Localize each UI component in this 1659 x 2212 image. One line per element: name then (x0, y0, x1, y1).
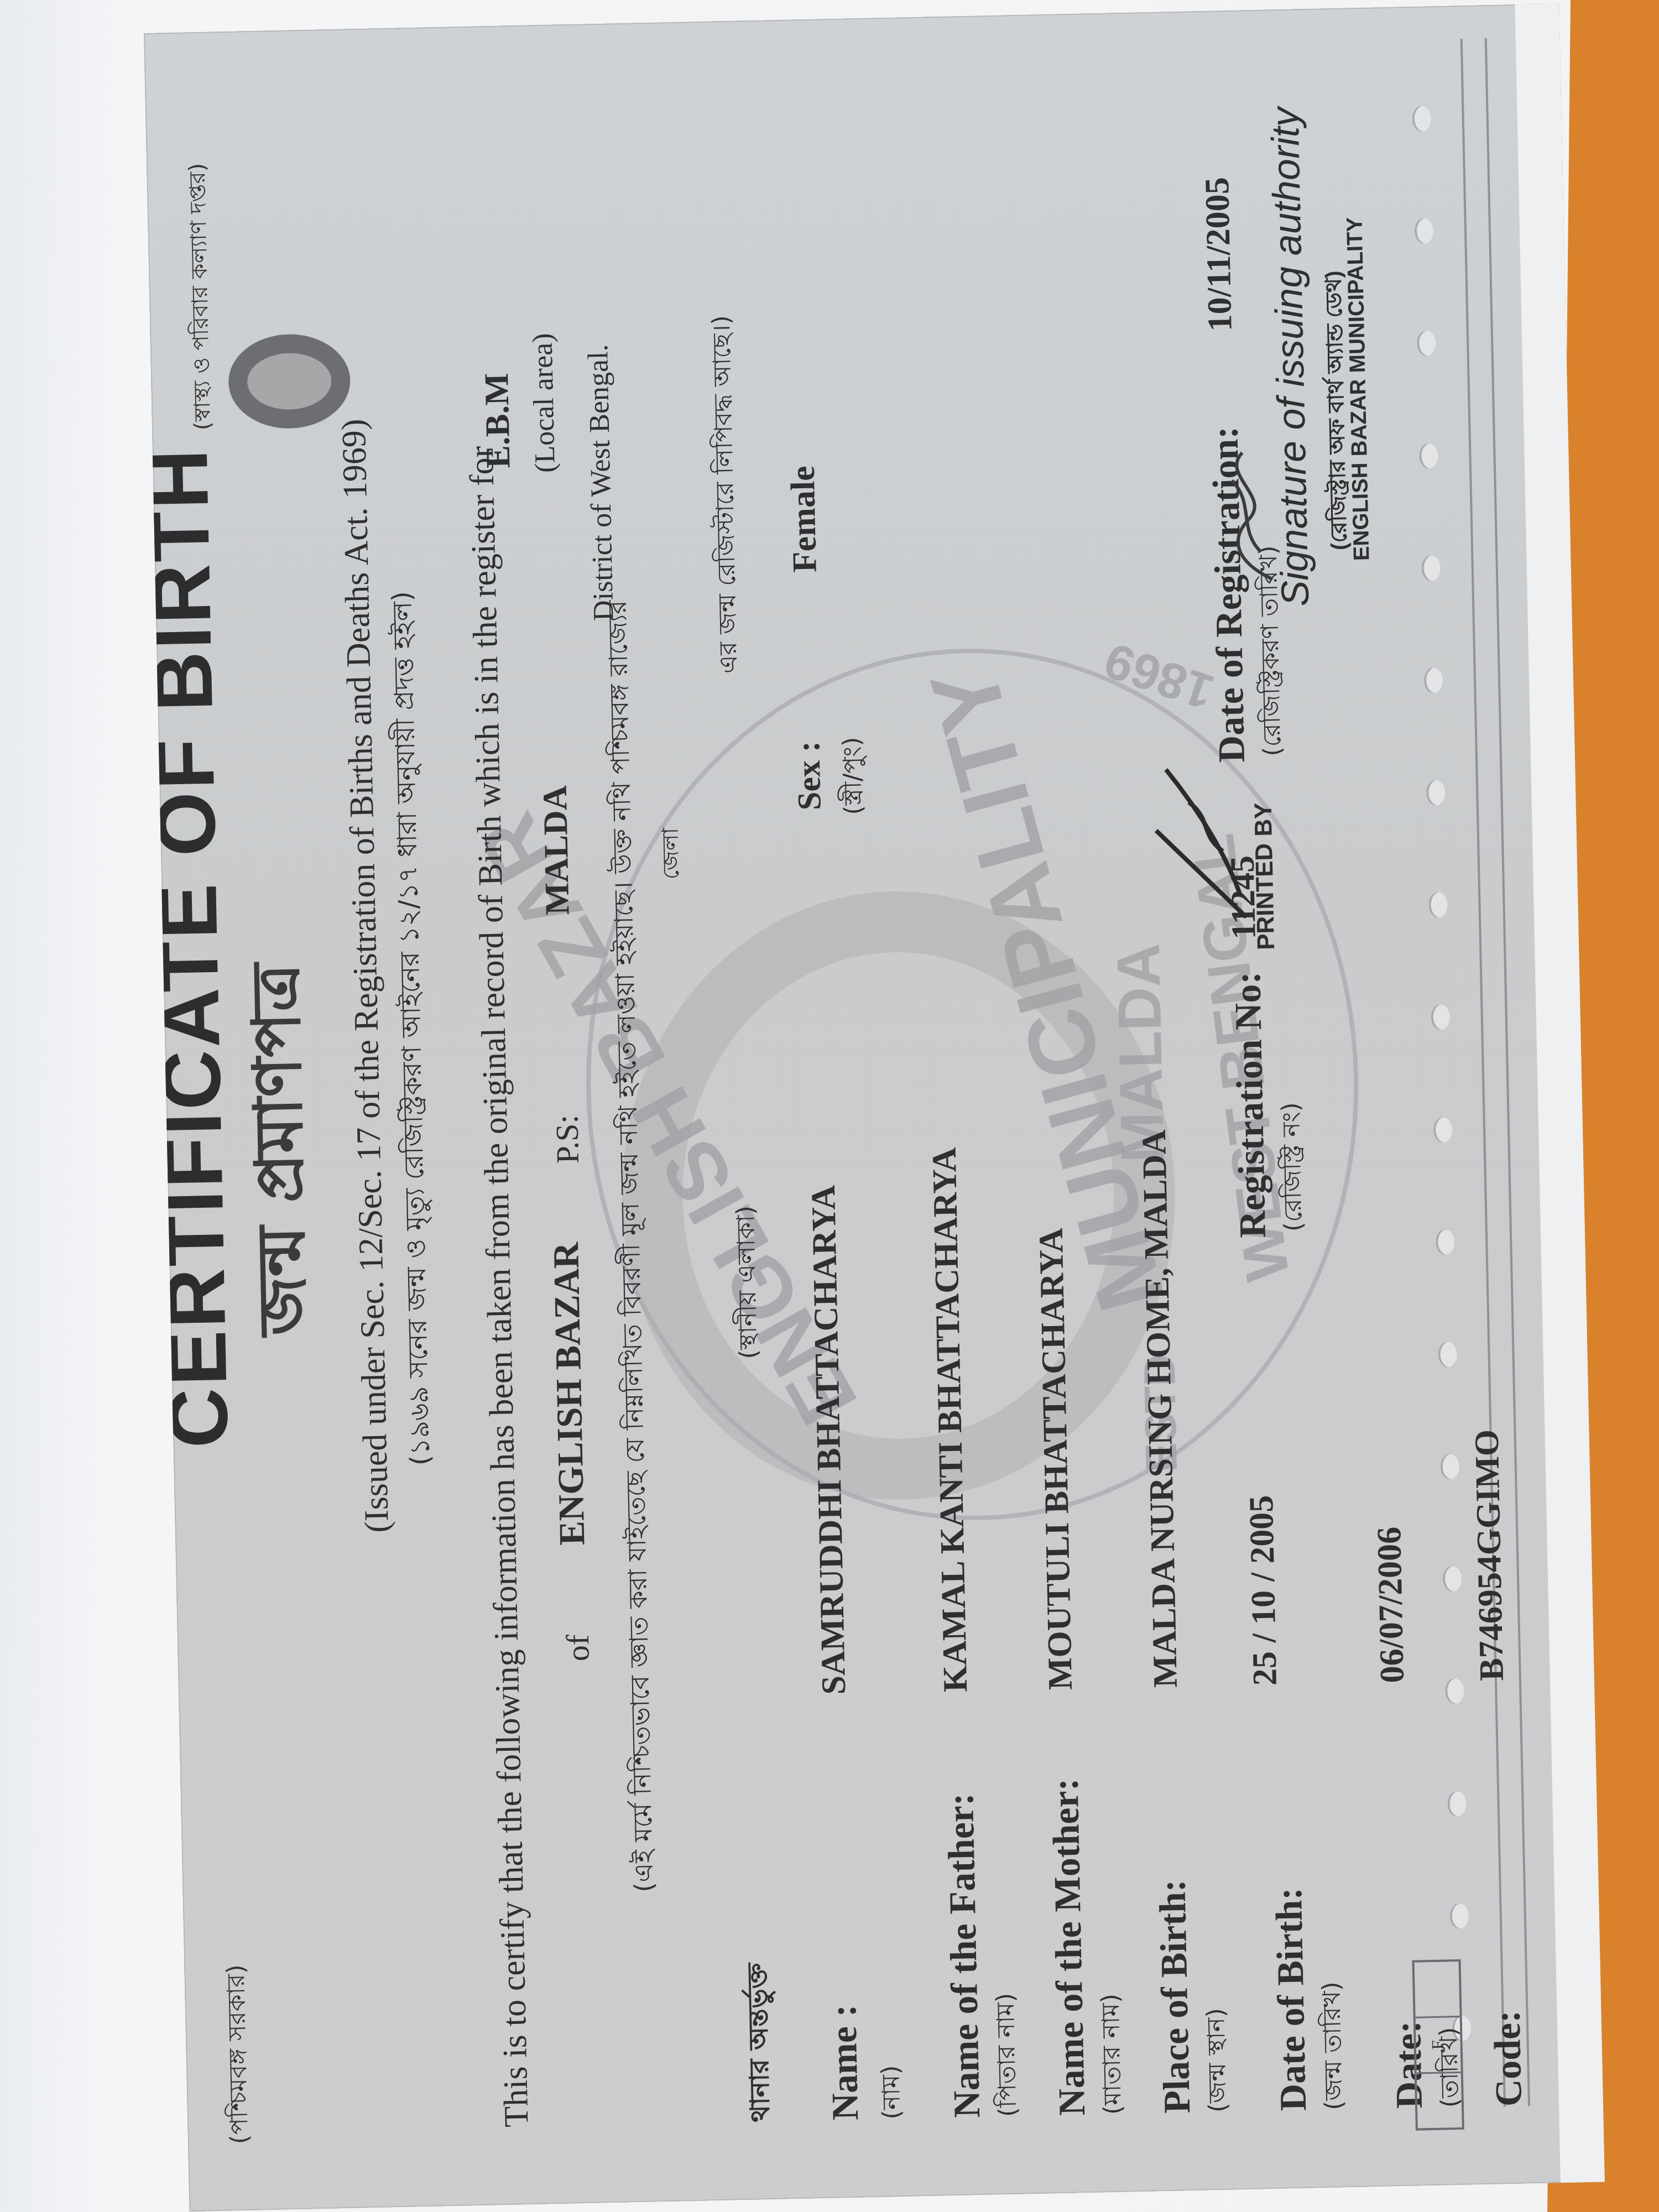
of-label: of (559, 1634, 597, 1662)
counter-cell (1415, 1961, 1460, 2017)
date-of-birth-label: Date of Birth: (1267, 1887, 1315, 2111)
police-station-label: P.S: (548, 1114, 586, 1164)
place-of-birth-label: Place of Birth: (1150, 1879, 1199, 2114)
sex-label: Sex : (789, 740, 829, 810)
mother-name-label-bengali: (মাতার নাম) (1092, 1993, 1135, 2115)
registration-no-label: Registration No: (1225, 971, 1275, 1238)
date-of-registration-value: 10/11/2005 (1198, 177, 1240, 332)
father-name-label: Name of the Father: (938, 1793, 989, 2119)
local-area-label: (Local area) (526, 333, 562, 473)
register-for-value: E.B.M (477, 373, 519, 469)
local-area-label-bengali: (স্থানীয় এলাকা) (727, 1205, 771, 1359)
sex-value: Female (784, 466, 825, 573)
counter-cell (1417, 2072, 1462, 2128)
sex-label-bengali: (স্ত্রী/পুং) (833, 737, 875, 815)
government-label: (পশ্চিমবঙ্গ সরকার) (217, 1964, 262, 2145)
state-emblem-icon (227, 333, 351, 430)
certify-statement: This is to certify that the following in… (462, 446, 537, 2127)
date-of-birth-value: 25 / 10 / 2005 (1242, 1495, 1285, 1686)
mother-name-label: Name of the Mother: (1043, 1778, 1094, 2116)
district-label-bengali: জেলা (653, 827, 691, 880)
thana-label-bengali: থানার অন্তর্ভুক্ত (737, 1963, 784, 2122)
certificate-title-bengali: জন্ম প্রমাণপত্র (224, 962, 343, 1337)
counter-mark: F (1416, 2016, 1461, 2073)
father-name-label-bengali: (পিতার নাম) (987, 1992, 1030, 2117)
place-of-birth-label-bengali: (জন্ম স্থান) (1197, 2007, 1240, 2113)
registrar-signature-icon (1144, 751, 1258, 930)
district-label: District of West Bengal. (582, 344, 620, 621)
register-note-bengali: এর জন্ম রেজিস্টারে লিপিবদ্ধ আছে।) (703, 315, 751, 674)
code-label: Code: (1485, 2010, 1531, 2107)
registration-no-label-bengali: (রেজিস্ট্রি নং) (1272, 1102, 1316, 1232)
code-value: B746954GGIMO (1467, 1429, 1512, 1681)
police-station-value: MALDA (536, 785, 578, 916)
date-of-birth-label-bengali: (জন্ম তারিখ) (1313, 1981, 1356, 2111)
name-label: Name : (821, 2004, 867, 2121)
date-value: 06/07/2006 (1370, 1526, 1412, 1683)
birth-certificate: ENGLISH BAZAR MUNICIPALITY MALDA WEST BE… (144, 38, 1543, 2167)
issued-under-text: (Issued under Sec. 12/Sec. 17 of the Reg… (335, 419, 397, 1533)
department-label: (স্বাস্থ্য ও পরিবার কল্যাণ দপ্তর) (180, 163, 222, 430)
certificate-sheet: ENGLISH BAZAR MUNICIPALITY MALDA WEST BE… (144, 3, 1605, 2211)
local-area-value: ENGLISH BAZAR (545, 1241, 593, 1546)
serial-counter-box: F (1412, 1959, 1464, 2131)
name-label-bengali: (নাম) (872, 2065, 914, 2120)
